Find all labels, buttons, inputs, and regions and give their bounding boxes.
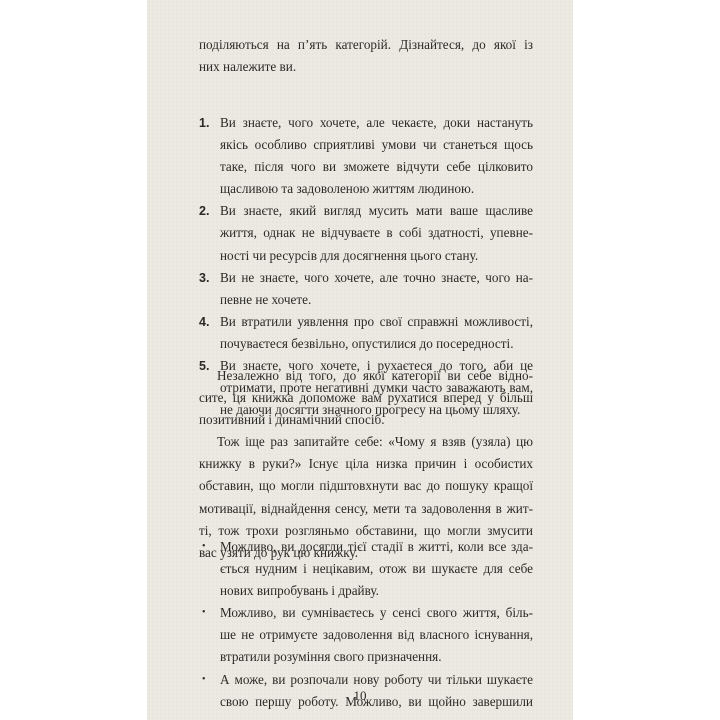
text-line: ності чи ресурсів для досягнення цього с… [220,245,533,267]
text-line: життя, однак не відчуваєте в собі здатно… [220,222,533,244]
text-line: ше не отримуєте задоволення від власного… [220,624,533,646]
list-item: 1. Ви знаєте, чого хочете, але чекаєте, … [199,112,533,200]
text-line: них належите ви. [199,56,533,78]
paragraph: Незалежно від того, до якої категорії ви… [199,365,533,431]
list-number: 1. [199,112,209,134]
text-line: Тож іще раз запитайте себе: «Чому я взяв… [199,431,533,453]
text-line: Ви не знаєте, чого хочете, але точно зна… [220,267,533,289]
list-item: • Можливо, ви досягли тієї стадії в житт… [199,536,533,602]
list-item: 2. Ви знаєте, який вигляд мусить мати ва… [199,200,533,266]
text-line: певне не хочете. [220,289,533,311]
text-line: Можливо, ви сумніваєтесь у сенсі свого ж… [220,602,533,624]
book-page: поділяються на п’ять категорій. Дізнайте… [147,0,573,720]
text-line: Ви знаєте, який вигляд мусить мати ваше … [220,200,533,222]
text-line: якісь особливо сприятливі умови чи стане… [220,134,533,156]
text-line: книжку в руки?» Існує ціла низка причин … [199,453,533,475]
text-line: позитивний і динамічний спосіб. [199,409,533,431]
text-line: Ви втратили уявлення про свої справжні м… [220,311,533,333]
bullet-list: • Можливо, ви досягли тієї стадії в житт… [199,536,533,713]
text-line: нових випробувань і драйву. [220,580,533,602]
page-number: 10 [147,688,573,704]
text-line: почуваєтеся безвільно, опустилися до пос… [220,333,533,355]
body-paragraphs: Незалежно від того, до якої категорії ви… [199,365,533,564]
text-line: мотивації, віднайдення сенсу, мети та за… [199,498,533,520]
list-item: 3. Ви не знаєте, чого хочете, але точно … [199,267,533,311]
text-line: поділяються на п’ять категорій. Дізнайте… [199,34,533,56]
list-number: 3. [199,267,209,289]
text-line: сите, ця книжка допоможе вам рухатися вп… [199,387,533,409]
bullet-icon: • [202,602,206,624]
list-number: 4. [199,311,209,333]
text-line: обставин, що могли підштовхнути вас до п… [199,475,533,497]
text-line: Ви знаєте, чого хочете, але чекаєте, док… [220,112,533,134]
list-item: 4. Ви втратили уявлення про свої справжн… [199,311,533,355]
text-line: Можливо, ви досягли тієї стадії в житті,… [220,536,533,558]
list-number: 2. [199,200,209,222]
text-line: щасливою та задоволеною життям людиною. [220,178,533,200]
list-item: • Можливо, ви сумніваєтесь у сенсі свого… [199,602,533,668]
text-line: втратили розуміння свого призначення. [220,646,533,668]
lead-paragraph: поділяються на п’ять категорій. Дізнайте… [199,34,533,78]
text-line: ється нудним і нецікавим, отож ви шукаєт… [220,558,533,580]
text-line: таке, після чого ви зможете відчути себе… [220,156,533,178]
text-line: Незалежно від того, до якої категорії ви… [199,365,533,387]
bullet-icon: • [202,536,206,558]
